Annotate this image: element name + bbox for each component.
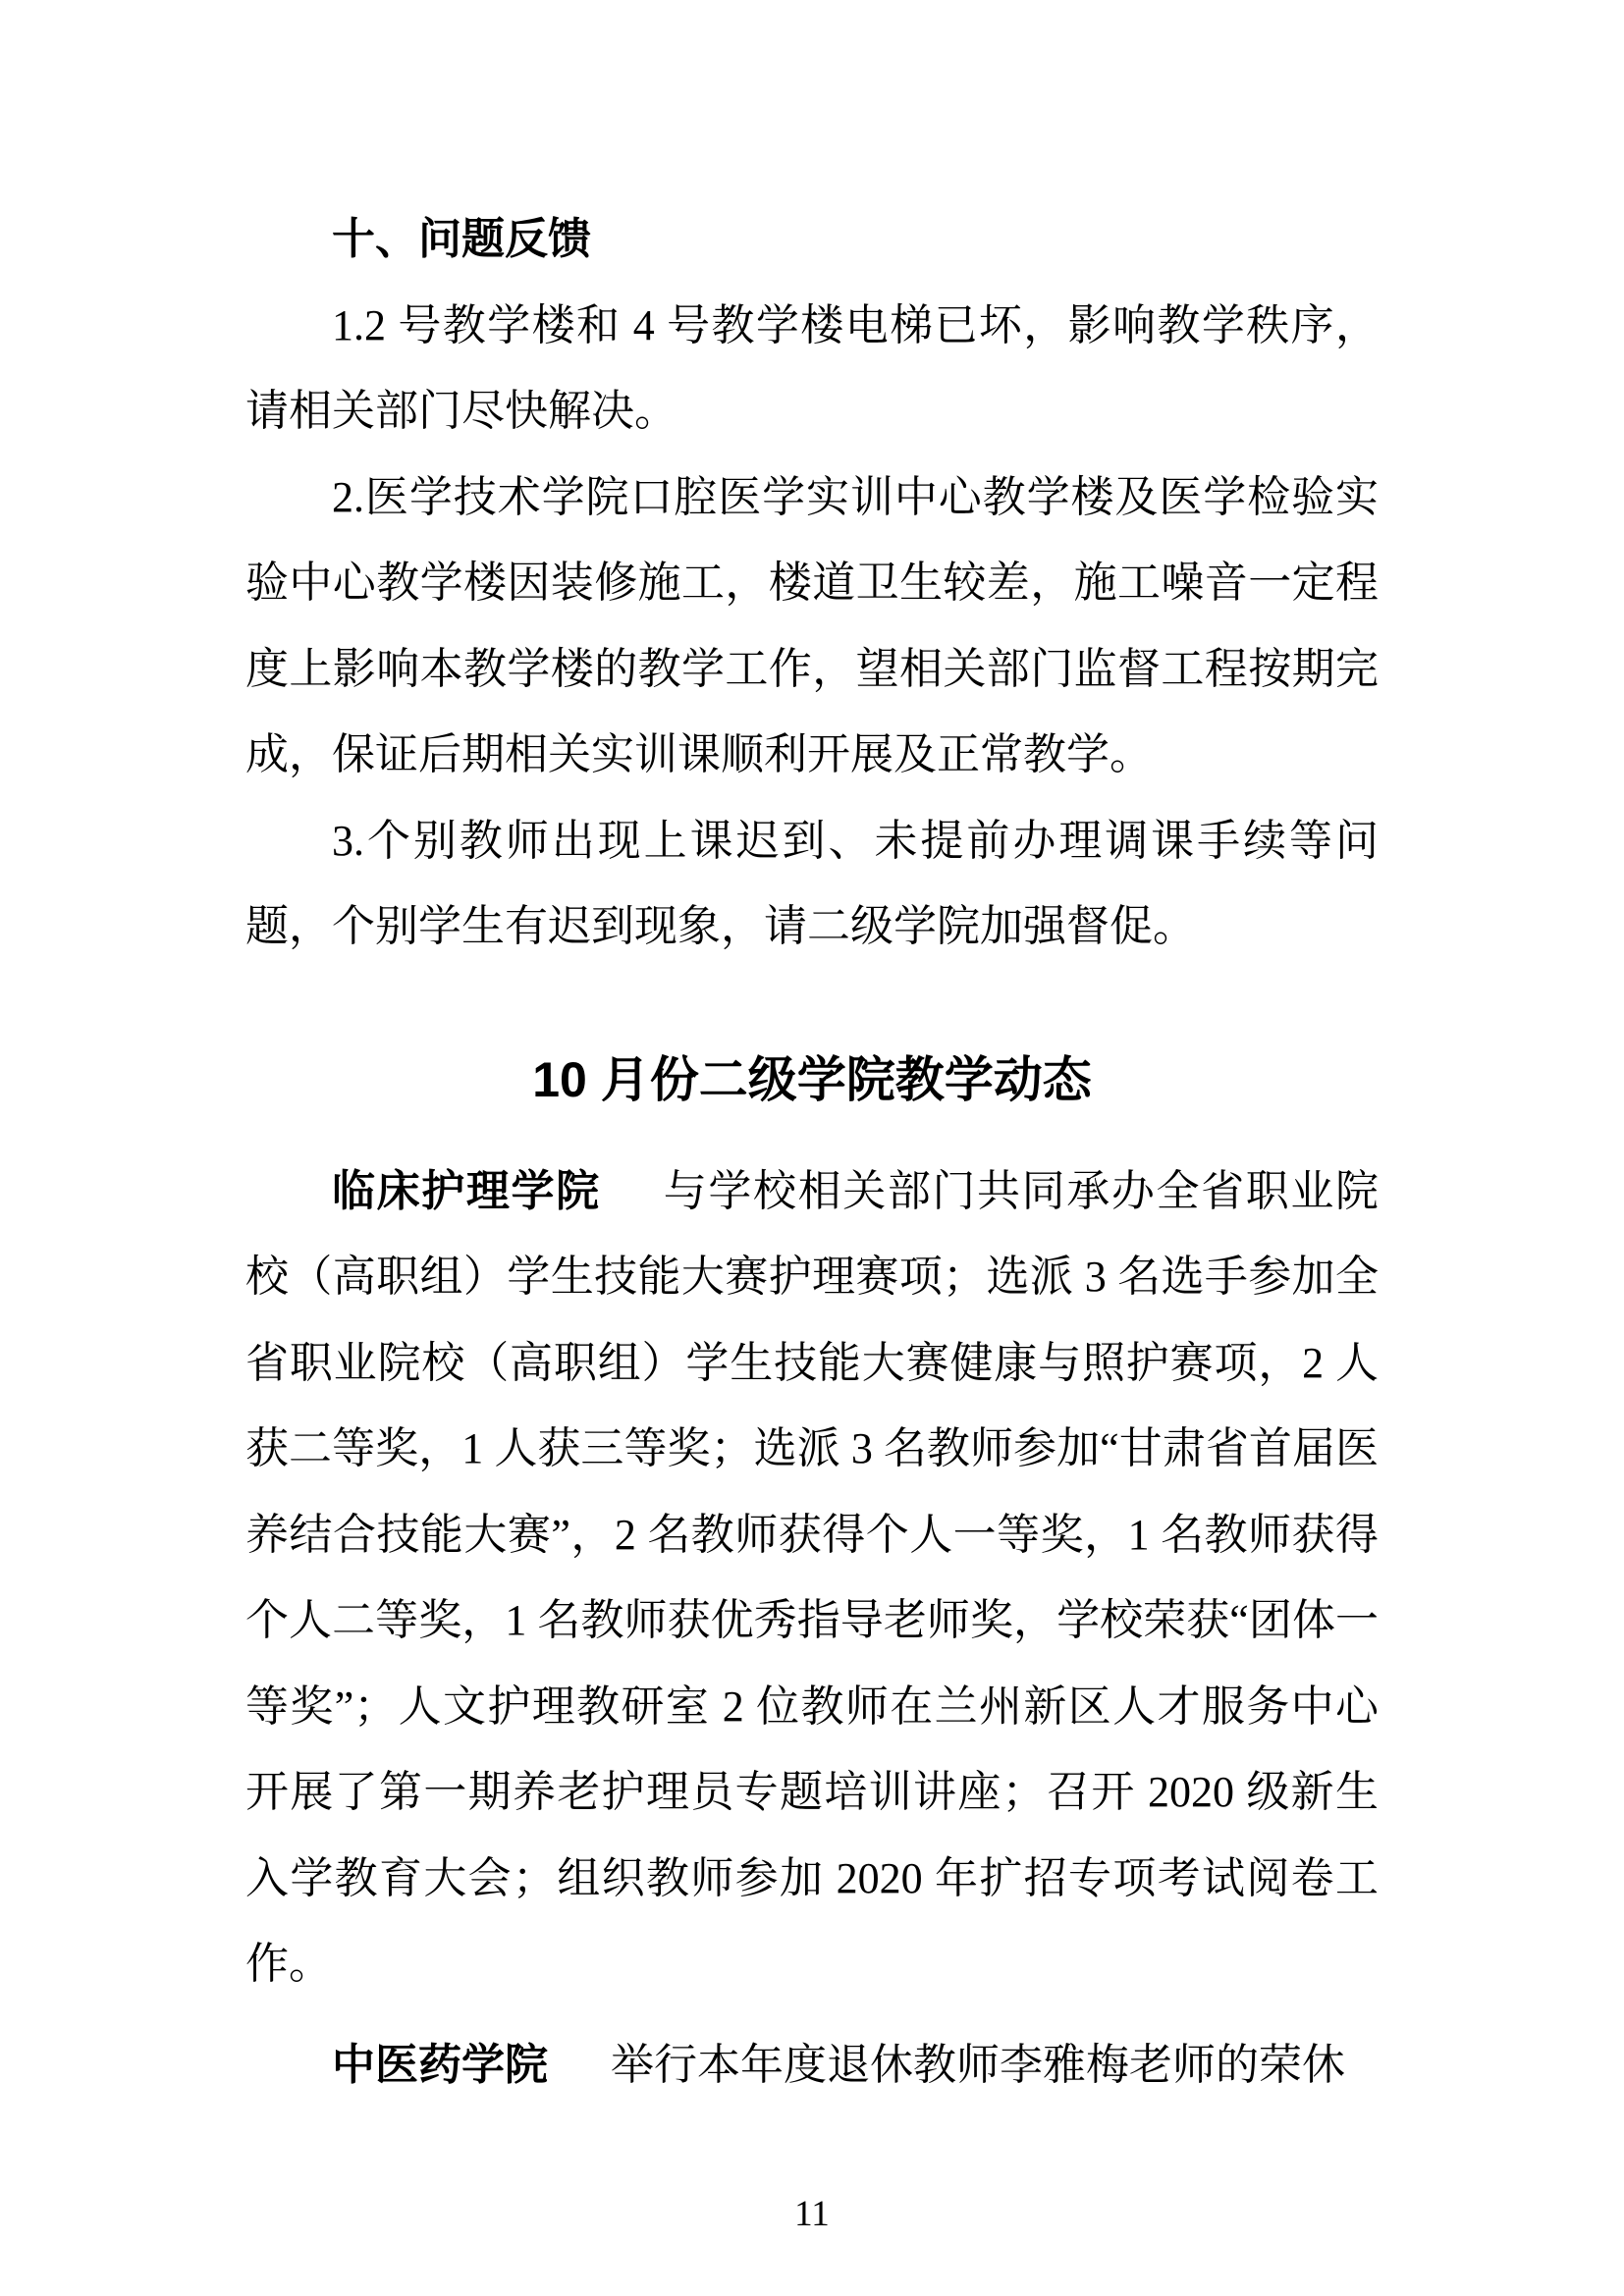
dept-text-nursing: 与学校相关部门共同承办全省职业院校（高职组）学生技能大赛护理赛项；选派 3 名选… (245, 1167, 1379, 1989)
dept-entry-tcm: 中医药学院举行本年度退休教师李雅梅老师的荣休 (245, 2022, 1379, 2109)
feedback-item-2: 2.医学技术学院口腔医学实训中心教学楼及医学检验实验中心教学楼因装修施工，楼道卫… (245, 454, 1379, 798)
dept-text-tcm: 举行本年度退休教师李雅梅老师的荣休 (611, 2041, 1345, 2089)
section-heading-feedback: 十、问题反馈 (245, 196, 1379, 283)
page-number: 11 (0, 2195, 1624, 2234)
feedback-item-1: 1.2 号教学楼和 4 号教学楼电梯已坏，影响教学秩序，请相关部门尽快解决。 (245, 283, 1379, 454)
dept-name-tcm: 中医药学院 (332, 2041, 548, 2089)
document-content: 十、问题反馈 1.2 号教学楼和 4 号教学楼电梯已坏，影响教学秩序，请相关部门… (245, 196, 1379, 2108)
feedback-item-3: 3.个别教师出现上课迟到、未提前办理调课手续等问题，个别学生有迟到现象，请二级学… (245, 798, 1379, 970)
dept-entry-nursing: 临床护理学院与学校相关部门共同承办全省职业院校（高职组）学生技能大赛护理赛项；选… (245, 1148, 1379, 2007)
document-page: 十、问题反馈 1.2 号教学楼和 4 号教学楼电梯已坏，影响教学秩序，请相关部门… (0, 0, 1624, 2296)
section-heading-monthly: 10 月份二级学院教学动态 (245, 1031, 1379, 1129)
dept-name-nursing: 临床护理学院 (332, 1167, 601, 1215)
